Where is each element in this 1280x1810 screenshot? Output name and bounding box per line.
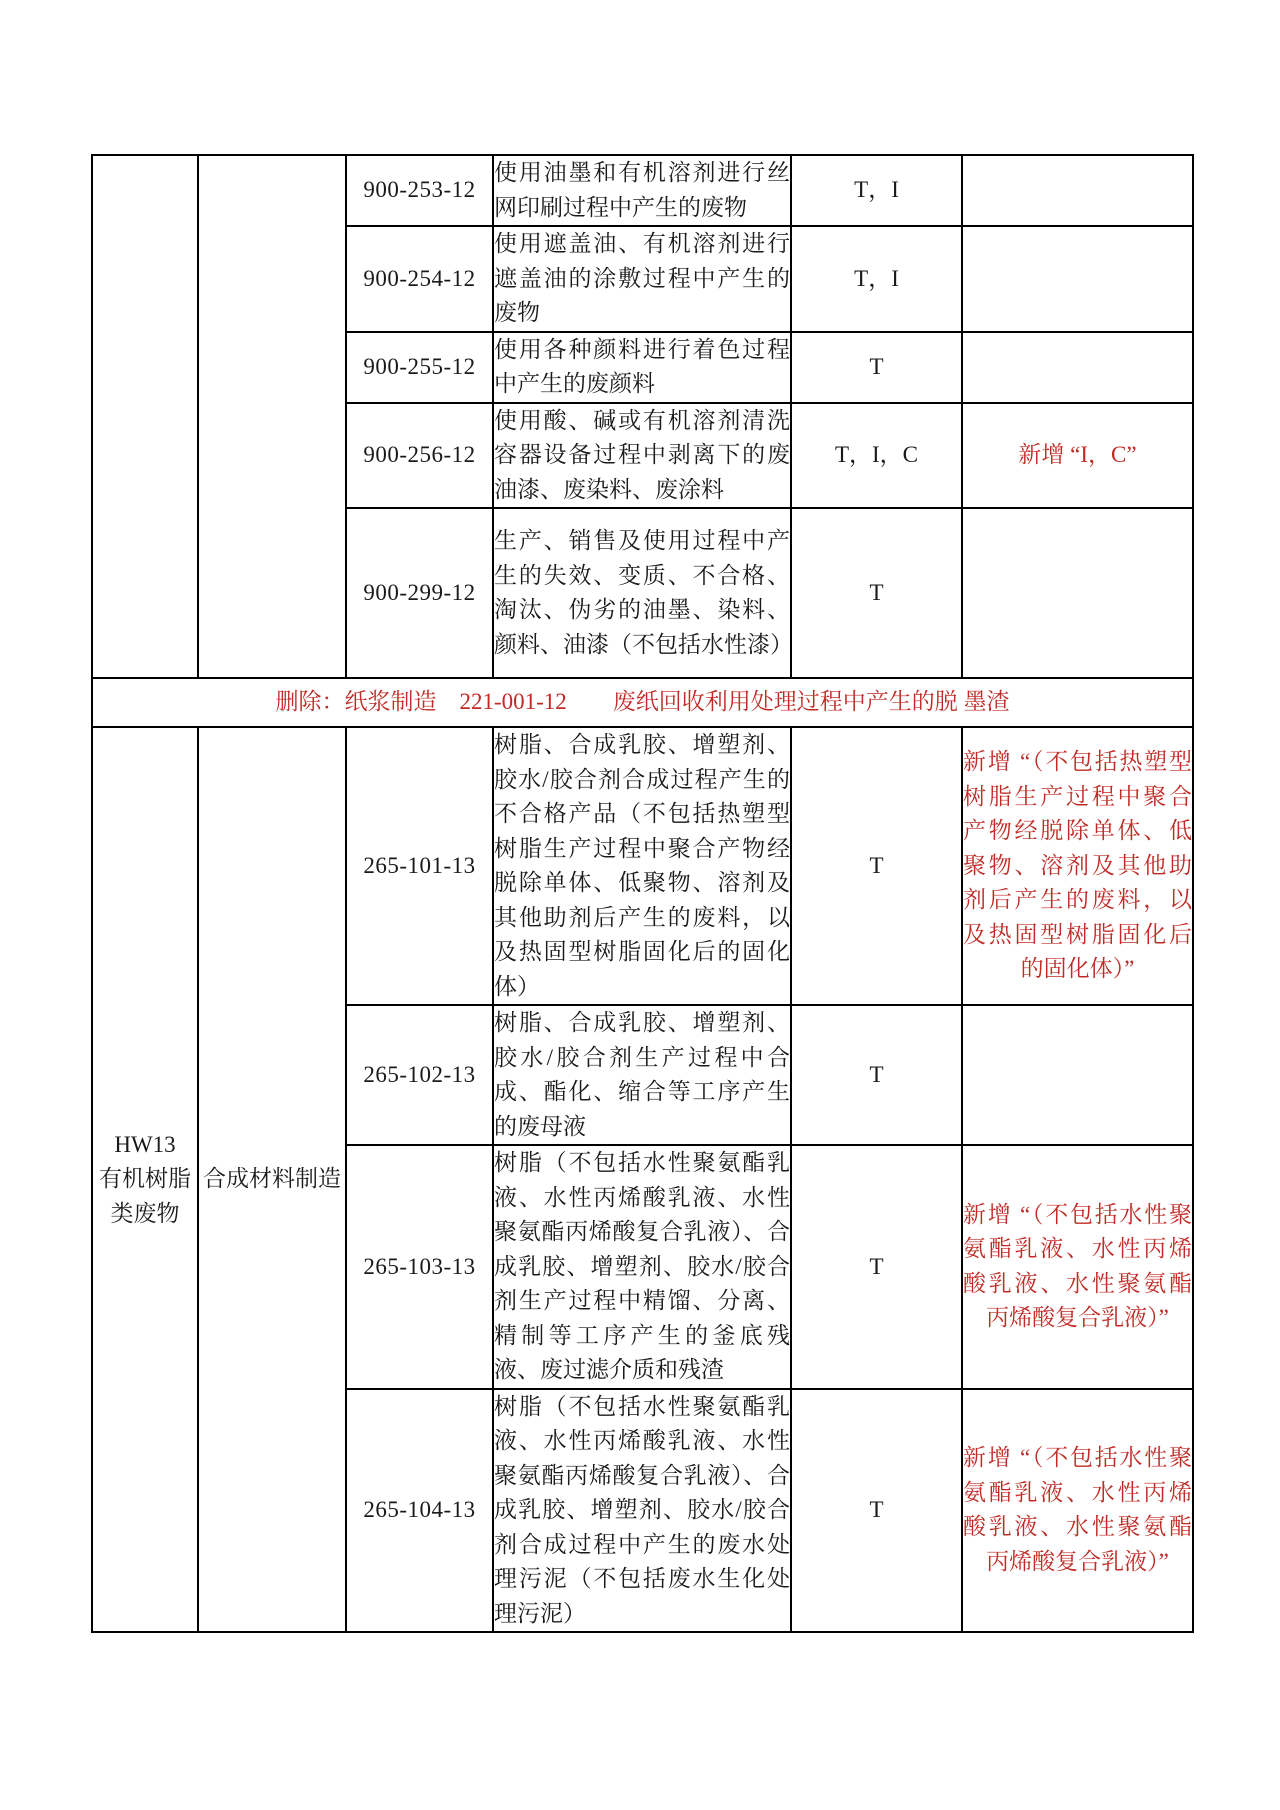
description-cell: 使用遮盖油、有机溶剂进行遮盖油的涂敷过程中产生的废物 <box>493 226 791 332</box>
description-cell: 树脂、合成乳胶、增塑剂、胶水/胶合剂合成过程产生的不合格产品（不包括热塑型树脂生… <box>493 727 791 1005</box>
hazard-characteristic-cell: T，I，C <box>791 403 962 509</box>
amendment-note-cell: 新增 “（不包括水性聚氨酯乳液、水性丙烯酸乳液、水性聚氨酯丙烯酸复合乳液）” <box>962 1145 1193 1389</box>
hazard-characteristic-cell: T <box>791 1389 962 1633</box>
hazard-characteristic-cell: T，I <box>791 226 962 332</box>
category-cell: HW13 有机树脂类废物 <box>92 727 198 1632</box>
description-cell: 使用酸、碱或有机溶剂清洗容器设备过程中剥离下的废油漆、废染料、废涂料 <box>493 403 791 509</box>
category-name: 有机树脂类废物 <box>93 1162 197 1231</box>
waste-code-cell: 900-256-12 <box>346 403 493 509</box>
document-table-page: 900-253-12 使用油墨和有机溶剂进行丝网印刷过程中产生的废物 T，I 9… <box>91 154 1194 1633</box>
hazard-characteristic-cell: T <box>791 1005 962 1145</box>
description-cell: 树脂、合成乳胶、增塑剂、胶水/胶合剂生产过程中合成、酯化、缩合等工序产生的废母液 <box>493 1005 791 1145</box>
industry-cell: 合成材料制造 <box>198 727 346 1632</box>
amendment-note-cell: 新增 “（不包括水性聚氨酯乳液、水性丙烯酸乳液、水性聚氨酯丙烯酸复合乳液）” <box>962 1389 1193 1633</box>
waste-code-cell: 900-253-12 <box>346 155 493 226</box>
hazard-characteristic-cell: T <box>791 332 962 403</box>
category-cell <box>92 155 198 678</box>
waste-code-cell: 265-104-13 <box>346 1389 493 1633</box>
hazard-characteristic-cell: T <box>791 727 962 1005</box>
waste-code-cell: 265-103-13 <box>346 1145 493 1389</box>
hazardous-waste-amendment-table: 900-253-12 使用油墨和有机溶剂进行丝网印刷过程中产生的废物 T，I 9… <box>91 154 1194 1633</box>
hazard-characteristic-cell: T <box>791 508 962 678</box>
description-cell: 使用油墨和有机溶剂进行丝网印刷过程中产生的废物 <box>493 155 791 226</box>
deletion-row: 删除：纸浆制造 221-001-12 废纸回收利用处理过程中产生的脱 墨渣 <box>92 678 1193 727</box>
table-row: 删除：纸浆制造 221-001-12 废纸回收利用处理过程中产生的脱 墨渣 <box>92 678 1193 727</box>
table-row: 900-253-12 使用油墨和有机溶剂进行丝网印刷过程中产生的废物 T，I <box>92 155 1193 226</box>
page: { "colors": { "note_red": "#c02b26", "te… <box>0 0 1280 1810</box>
amendment-note-cell: 新增 “I，C” <box>962 403 1193 509</box>
hazard-characteristic-cell: T，I <box>791 155 962 226</box>
amendment-note-cell <box>962 155 1193 226</box>
amendment-note-cell <box>962 226 1193 332</box>
waste-code-cell: 900-255-12 <box>346 332 493 403</box>
table-row: HW13 有机树脂类废物 合成材料制造 265-101-13 树脂、合成乳胶、增… <box>92 727 1193 1005</box>
waste-code-cell: 265-102-13 <box>346 1005 493 1145</box>
amendment-note-cell <box>962 508 1193 678</box>
waste-code: 900-253-12 <box>363 177 475 202</box>
waste-code-cell: 900-254-12 <box>346 226 493 332</box>
amendment-note-cell <box>962 332 1193 403</box>
description-cell: 树脂（不包括水性聚氨酯乳液、水性丙烯酸乳液、水性聚氨酯丙烯酸复合乳液）、合成乳胶… <box>493 1389 791 1633</box>
amendment-note-cell <box>962 1005 1193 1145</box>
description-cell: 生产、销售及使用过程中产生的失效、变质、不合格、淘汰、伪劣的油墨、染料、颜料、油… <box>493 508 791 678</box>
hazard-characteristic-cell: T <box>791 1145 962 1389</box>
waste-code-cell: 265-101-13 <box>346 727 493 1005</box>
waste-code-cell: 900-299-12 <box>346 508 493 678</box>
amendment-note-cell: 新增 “（不包括热塑型树脂生产过程中聚合产物经脱除单体、低聚物、溶剂及其他助剂后… <box>962 727 1193 1005</box>
category-code: HW13 <box>93 1128 197 1163</box>
description-cell: 使用各种颜料进行着色过程中产生的废颜料 <box>493 332 791 403</box>
industry-cell <box>198 155 346 678</box>
description-cell: 树脂（不包括水性聚氨酯乳液、水性丙烯酸乳液、水性聚氨酯丙烯酸复合乳液）、合成乳胶… <box>493 1145 791 1389</box>
